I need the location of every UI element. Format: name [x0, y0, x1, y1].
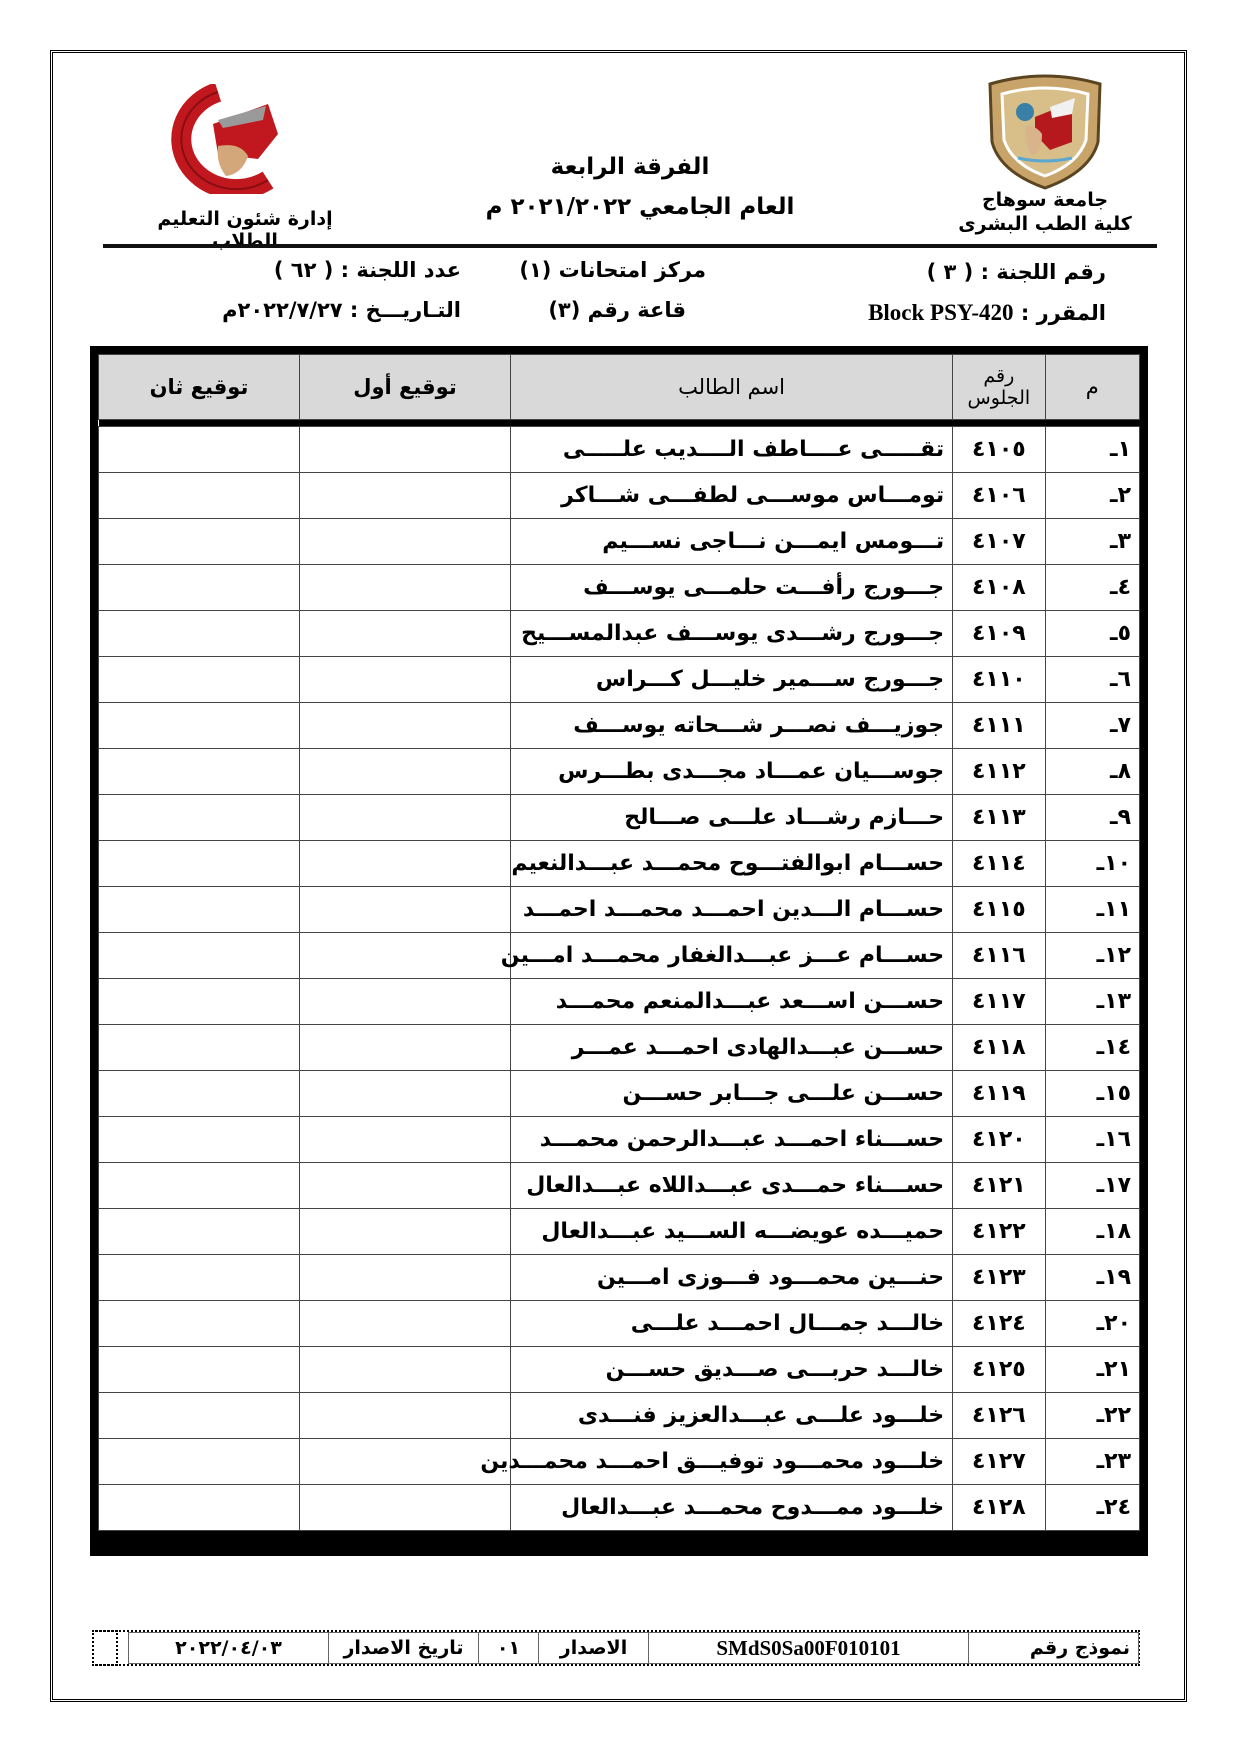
- seat-number: ٤١١٥: [953, 887, 1045, 933]
- table-row: ١٩ـ٤١٢٣حنـــين محمـــود فـــوزى امـــين: [99, 1255, 1140, 1301]
- first-signature-cell[interactable]: [300, 1071, 511, 1117]
- row-number: ١٨ـ: [1045, 1209, 1139, 1255]
- first-signature-cell[interactable]: [300, 1301, 511, 1347]
- row-number: ١٢ـ: [1045, 933, 1139, 979]
- header-seat-number: رقم الجلوس: [953, 355, 1045, 420]
- row-number: ٨ـ: [1045, 749, 1139, 795]
- hall-number: قاعة رقم (٣): [548, 298, 686, 322]
- table-row: ٣ـ٤١٠٧تـــومس ايمـــن نـــاجى نســـيم: [99, 519, 1140, 565]
- student-name: حســـناء احمـــد عبـــدالرحمن محمـــد: [511, 1117, 953, 1163]
- table-row: ٤ـ٤١٠٨جـــورج رأفـــت حلمـــى يوســـف: [99, 565, 1140, 611]
- row-number: ١٧ـ: [1045, 1163, 1139, 1209]
- first-signature-cell[interactable]: [300, 933, 511, 979]
- seat-number: ٤١٢٥: [953, 1347, 1045, 1393]
- faculty-name-text: كلية الطب البشرى: [950, 212, 1140, 236]
- seat-number: ٤١٠٩: [953, 611, 1045, 657]
- issue-date-value: ٢٠٢٢/٠٤/٠٣: [129, 1633, 329, 1664]
- first-signature-cell[interactable]: [300, 1439, 511, 1485]
- table-row: ١٣ـ٤١١٧حســـن اســـعد عبـــدالمنعم محمــ…: [99, 979, 1140, 1025]
- seat-number: ٤١١١: [953, 703, 1045, 749]
- form-number-label: نموذج رقم: [969, 1633, 1139, 1664]
- first-signature-cell[interactable]: [300, 1117, 511, 1163]
- row-number: ٦ـ: [1045, 657, 1139, 703]
- student-name: خلـــود علـــى عبـــدالعزيز فنـــدى: [511, 1393, 953, 1439]
- seat-number: ٤١٢١: [953, 1163, 1045, 1209]
- seat-number: ٤١٠٥: [953, 427, 1045, 473]
- second-signature-cell[interactable]: [99, 795, 300, 841]
- row-number: ١١ـ: [1045, 887, 1139, 933]
- row-number: ١٥ـ: [1045, 1071, 1139, 1117]
- header-separator: [99, 420, 1140, 427]
- table-row: ٢٠ـ٤١٢٤خالـــد جمـــال احمـــد علـــى: [99, 1301, 1140, 1347]
- row-number: ٧ـ: [1045, 703, 1139, 749]
- student-name: جـــورج رشـــدى يوســـف عبدالمســـيح: [511, 611, 953, 657]
- roster-table: م رقم الجلوس اسم الطالب توقيع أول توقيع …: [98, 354, 1140, 1531]
- table-row: ١٦ـ٤١٢٠حســـناء احمـــد عبـــدالرحمن محم…: [99, 1117, 1140, 1163]
- second-signature-cell[interactable]: [99, 887, 300, 933]
- table-row: ١ـ٤١٠٥تقـــــى عــــاطف الــــديب علــــ…: [99, 427, 1140, 473]
- second-signature-cell[interactable]: [99, 657, 300, 703]
- first-signature-cell[interactable]: [300, 1255, 511, 1301]
- first-signature-cell[interactable]: [300, 473, 511, 519]
- row-number: ١٦ـ: [1045, 1117, 1139, 1163]
- header-divider: [103, 244, 1157, 248]
- table-row: ٢٢ـ٤١٢٦خلـــود علـــى عبـــدالعزيز فنـــ…: [99, 1393, 1140, 1439]
- university-name: جامعة سوهاج كلية الطب البشرى: [950, 188, 1140, 236]
- student-name: جوســـيان عمـــاد مجـــدى بطـــرس: [511, 749, 953, 795]
- exam-center: مركز امتحانات (١): [519, 258, 706, 282]
- row-number: ٢٤ـ: [1045, 1485, 1139, 1531]
- seat-number: ٤١٢٠: [953, 1117, 1045, 1163]
- second-signature-cell[interactable]: [99, 1209, 300, 1255]
- version-label: الاصدار: [539, 1633, 649, 1664]
- header-num: م: [1045, 355, 1139, 420]
- student-name: جـــورج ســـمير خليـــل كـــراس: [511, 657, 953, 703]
- student-name: تقـــــى عــــاطف الــــديب علـــــى: [511, 427, 953, 473]
- seat-number: ٤١١٣: [953, 795, 1045, 841]
- second-signature-cell[interactable]: [99, 1393, 300, 1439]
- seat-number: ٤١٢٤: [953, 1301, 1045, 1347]
- seat-number: ٤١٢٣: [953, 1255, 1045, 1301]
- student-name: تـــومس ايمـــن نـــاجى نســـيم: [511, 519, 953, 565]
- row-number: ١٣ـ: [1045, 979, 1139, 1025]
- footer-stub: [92, 1630, 118, 1666]
- row-number: ٥ـ: [1045, 611, 1139, 657]
- student-name: حســـن اســـعد عبـــدالمنعم محمـــد: [511, 979, 953, 1025]
- table-header-row: م رقم الجلوس اسم الطالب توقيع أول توقيع …: [99, 355, 1140, 420]
- student-name: تومـــاس موســـى لطفـــى شـــاكر: [511, 473, 953, 519]
- row-number: ١٩ـ: [1045, 1255, 1139, 1301]
- seat-number: ٤١١٦: [953, 933, 1045, 979]
- seat-number: ٤١١٨: [953, 1025, 1045, 1071]
- row-number: ١٤ـ: [1045, 1025, 1139, 1071]
- first-signature-cell[interactable]: [300, 427, 511, 473]
- first-signature-cell[interactable]: [300, 611, 511, 657]
- seat-number: ٤١٢٨: [953, 1485, 1045, 1531]
- row-number: ٢٣ـ: [1045, 1439, 1139, 1485]
- header-student-name: اسم الطالب: [511, 355, 953, 420]
- first-signature-cell[interactable]: [300, 565, 511, 611]
- first-signature-cell[interactable]: [300, 519, 511, 565]
- second-signature-cell[interactable]: [99, 703, 300, 749]
- table-row: ١٨ـ٤١٢٢حميـــده عويضـــه الســـيد عبـــد…: [99, 1209, 1140, 1255]
- seat-number: ٤١٠٨: [953, 565, 1045, 611]
- committee-number: رقم اللجنة : ( ٣ ): [927, 260, 1106, 284]
- student-name: جوزيـــف نصـــر شـــحاته يوســـف: [511, 703, 953, 749]
- row-number: ١٠ـ: [1045, 841, 1139, 887]
- seat-number: ٤١٢٦: [953, 1393, 1045, 1439]
- student-name: حســـن علـــى جـــابر حســـن: [511, 1071, 953, 1117]
- first-signature-cell[interactable]: [300, 1393, 511, 1439]
- first-signature-cell[interactable]: [300, 1163, 511, 1209]
- second-signature-cell[interactable]: [99, 1117, 300, 1163]
- first-signature-cell[interactable]: [300, 795, 511, 841]
- second-signature-cell[interactable]: [99, 1439, 300, 1485]
- second-signature-cell[interactable]: [99, 565, 300, 611]
- committee-count: عدد اللجنة : ( ٦٢ ): [274, 258, 461, 282]
- table-row: ١٢ـ٤١١٦حســـام عـــز عبـــدالغفار محمـــ…: [99, 933, 1140, 979]
- second-signature-cell[interactable]: [99, 1163, 300, 1209]
- exam-date: التـاريـــخ : ٢٠٢٢/٧/٢٧م: [222, 298, 461, 322]
- table-row: ٥ـ٤١٠٩جـــورج رشـــدى يوســـف عبدالمســـ…: [99, 611, 1140, 657]
- row-number: ٣ـ: [1045, 519, 1139, 565]
- second-signature-cell[interactable]: [99, 933, 300, 979]
- second-signature-cell[interactable]: [99, 1025, 300, 1071]
- student-name: حميـــده عويضـــه الســـيد عبـــدالعال: [511, 1209, 953, 1255]
- student-name: جـــورج رأفـــت حلمـــى يوســـف: [511, 565, 953, 611]
- seat-number: ٤١١٠: [953, 657, 1045, 703]
- table-row: ٨ـ٤١١٢جوســـيان عمـــاد مجـــدى بطـــرس: [99, 749, 1140, 795]
- university-name-text: جامعة سوهاج: [950, 188, 1140, 212]
- first-signature-cell[interactable]: [300, 887, 511, 933]
- header-first-signature: توقيع أول: [300, 355, 511, 420]
- second-signature-cell[interactable]: [99, 979, 300, 1025]
- second-signature-cell[interactable]: [99, 519, 300, 565]
- first-signature-cell[interactable]: [300, 749, 511, 795]
- first-signature-cell[interactable]: [300, 841, 511, 887]
- row-number: ٢ـ: [1045, 473, 1139, 519]
- first-signature-cell[interactable]: [300, 1485, 511, 1531]
- level-title: الفرقة الرابعة: [470, 154, 790, 180]
- table-row: ٩ـ٤١١٣حـــازم رشـــاد علـــى صـــالح: [99, 795, 1140, 841]
- table-row: ١٥ـ٤١١٩حســـن علـــى جـــابر حســـن: [99, 1071, 1140, 1117]
- first-signature-cell[interactable]: [300, 979, 511, 1025]
- seat-number: ٤١٢٢: [953, 1209, 1045, 1255]
- student-name: خلـــود محمـــود توفيـــق احمـــد محمـــ…: [511, 1439, 953, 1485]
- student-name: حـــازم رشـــاد علـــى صـــالح: [511, 795, 953, 841]
- table-row: ٢١ـ٤١٢٥خالـــد حربـــى صـــديق حســـن: [99, 1347, 1140, 1393]
- first-signature-cell[interactable]: [300, 1025, 511, 1071]
- row-number: ١ـ: [1045, 427, 1139, 473]
- form-code: SMdS0Sa00F010101: [649, 1633, 969, 1664]
- student-name: خالـــد جمـــال احمـــد علـــى: [511, 1301, 953, 1347]
- second-signature-cell[interactable]: [99, 1485, 300, 1531]
- second-signature-cell[interactable]: [99, 1071, 300, 1117]
- student-name: حســـناء حمـــدى عبـــداللاه عبـــدالعال: [511, 1163, 953, 1209]
- second-signature-cell[interactable]: [99, 1301, 300, 1347]
- student-name: حســـن عبـــدالهادى احمـــد عمـــر: [511, 1025, 953, 1071]
- academic-year-title: العام الجامعي ٢٠٢١/٢٠٢٢ م: [440, 194, 840, 220]
- issue-date-label: تاريخ الاصدار: [329, 1633, 479, 1664]
- table-row: ١٧ـ٤١٢١حســـناء حمـــدى عبـــداللاه عبــ…: [99, 1163, 1140, 1209]
- second-signature-cell[interactable]: [99, 1347, 300, 1393]
- seat-number: ٤١١٧: [953, 979, 1045, 1025]
- seat-number: ٤١١٩: [953, 1071, 1045, 1117]
- first-signature-cell[interactable]: [300, 1209, 511, 1255]
- table-row: ٢٣ـ٤١٢٧خلـــود محمـــود توفيـــق احمـــد…: [99, 1439, 1140, 1485]
- student-name: حســـام ابوالفتـــوح محمـــد عبـــدالنعي…: [511, 841, 953, 887]
- seat-number: ٤١١٤: [953, 841, 1045, 887]
- table-row: ٧ـ٤١١١جوزيـــف نصـــر شـــحاته يوســـف: [99, 703, 1140, 749]
- seat-number: ٤١٠٧: [953, 519, 1045, 565]
- table-row: ٢٤ـ٤١٢٨خلـــود ممـــدوح محمـــد عبـــدال…: [99, 1485, 1140, 1531]
- second-signature-cell[interactable]: [99, 841, 300, 887]
- second-signature-cell[interactable]: [99, 1255, 300, 1301]
- row-number: ٢١ـ: [1045, 1347, 1139, 1393]
- student-name: حنـــين محمـــود فـــوزى امـــين: [511, 1255, 953, 1301]
- student-name: حســـام عـــز عبـــدالغفار محمـــد امـــ…: [511, 933, 953, 979]
- row-number: ٩ـ: [1045, 795, 1139, 841]
- student-name: خالـــد حربـــى صـــديق حســـن: [511, 1347, 953, 1393]
- university-crest-logo: [980, 72, 1110, 190]
- course: المقرر : Block PSY-420: [868, 300, 1106, 326]
- roster-table-frame: م رقم الجلوس اسم الطالب توقيع أول توقيع …: [90, 346, 1148, 1556]
- second-signature-cell[interactable]: [99, 611, 300, 657]
- form-info-table: نموذج رقم SMdS0Sa00F010101 الاصدار ٠١ تا…: [128, 1632, 1139, 1664]
- header-second-signature: توقيع ثان: [99, 355, 300, 420]
- seat-number: ٤١٠٦: [953, 473, 1045, 519]
- table-row: ١٤ـ٤١١٨حســـن عبـــدالهادى احمـــد عمـــ…: [99, 1025, 1140, 1071]
- seat-number: ٤١٢٧: [953, 1439, 1045, 1485]
- row-number: ٢٠ـ: [1045, 1301, 1139, 1347]
- student-name: خلـــود ممـــدوح محمـــد عبـــدالعال: [511, 1485, 953, 1531]
- table-row: ٦ـ٤١١٠جـــورج ســـمير خليـــل كـــراس: [99, 657, 1140, 703]
- row-number: ٤ـ: [1045, 565, 1139, 611]
- second-signature-cell[interactable]: [99, 473, 300, 519]
- second-signature-cell[interactable]: [99, 427, 300, 473]
- first-signature-cell[interactable]: [300, 1347, 511, 1393]
- version-value: ٠١: [479, 1633, 539, 1664]
- faculty-logo: [118, 84, 318, 194]
- table-row: ١٠ـ٤١١٤حســـام ابوالفتـــوح محمـــد عبــ…: [99, 841, 1140, 887]
- first-signature-cell[interactable]: [300, 657, 511, 703]
- row-number: ٢٢ـ: [1045, 1393, 1139, 1439]
- student-name: حســـام الـــدين احمـــد محمـــد احمـــد: [511, 887, 953, 933]
- second-signature-cell[interactable]: [99, 749, 300, 795]
- table-row: ١١ـ٤١١٥حســـام الـــدين احمـــد محمـــد …: [99, 887, 1140, 933]
- course-code: Block PSY-420: [868, 300, 1013, 325]
- first-signature-cell[interactable]: [300, 703, 511, 749]
- seat-number: ٤١١٢: [953, 749, 1045, 795]
- table-row: ٢ـ٤١٠٦تومـــاس موســـى لطفـــى شـــاكر: [99, 473, 1140, 519]
